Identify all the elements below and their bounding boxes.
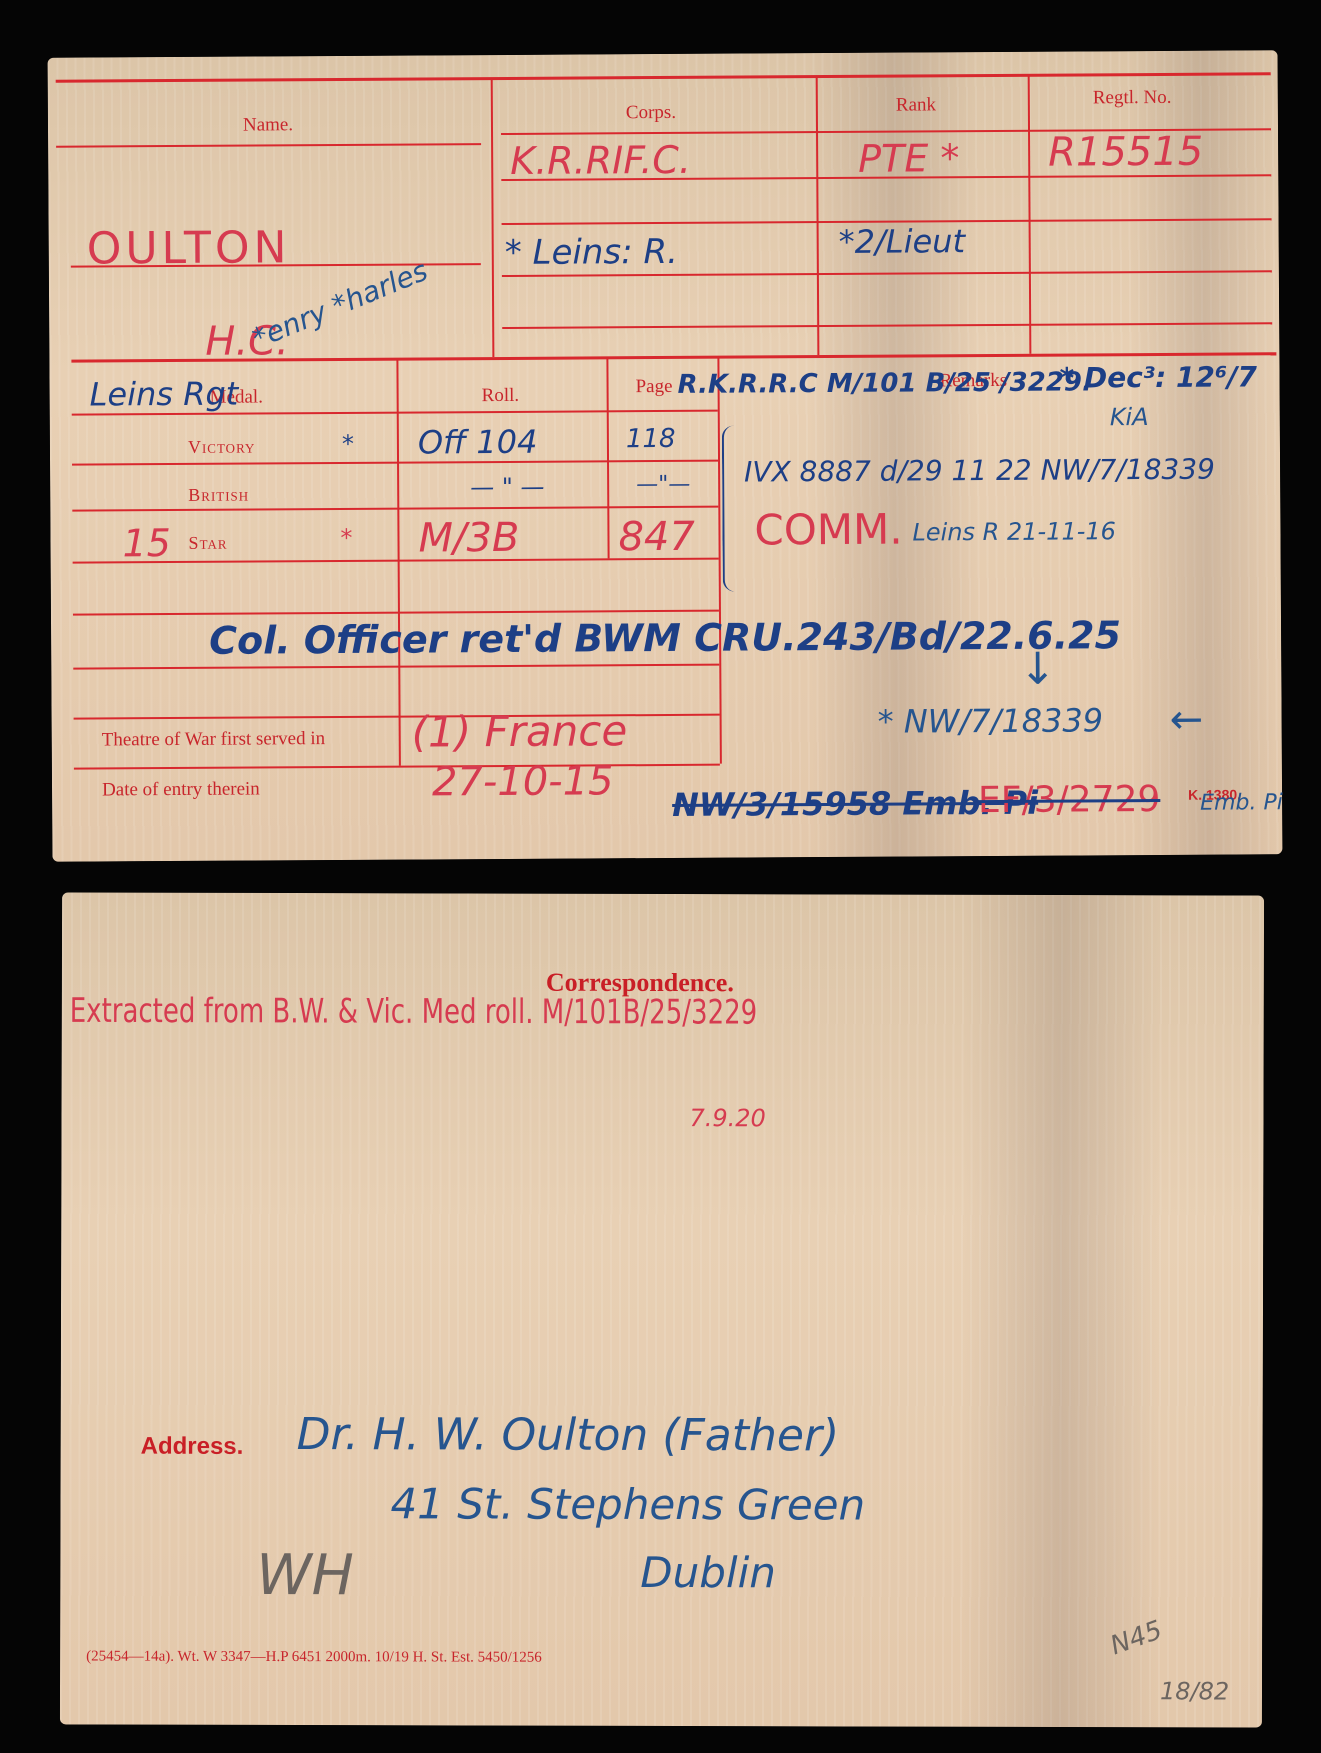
remarks-kia: KiA <box>1110 403 1149 431</box>
rank-regt-divider <box>1028 76 1032 354</box>
medal-british: British <box>188 485 249 506</box>
medal-roll-divider <box>396 360 400 766</box>
theatre-value: (1) France <box>412 706 628 756</box>
left-arrow-icon: ← <box>1169 697 1203 743</box>
rule <box>502 322 1272 329</box>
remarks-line-1: R.K.R.R.C M/101 B/25 /3229. <box>677 367 1091 400</box>
british-page: —"— <box>636 472 690 497</box>
remarks-brace <box>722 426 739 592</box>
page-label: Page <box>636 376 673 398</box>
medal-annotation: Leins Rgt <box>89 375 238 414</box>
rule <box>72 460 718 466</box>
nw-reference: * NW/7/18339 <box>878 701 1104 740</box>
date-note: 7.9.20 <box>689 1104 765 1132</box>
date-entry-value: 27-10-15 <box>432 758 614 805</box>
rank-entry-2: *2/Lieut <box>839 222 966 261</box>
theatre-label: Theatre of War first served in <box>102 728 326 751</box>
corps-label: Corps. <box>626 102 676 124</box>
rule <box>73 610 719 616</box>
print-line: (25454—14a). Wt. W 3347—H.P 6451 2000m. … <box>86 1648 542 1666</box>
remarks-comm-blue: Leins R 21-11-16 <box>912 517 1116 546</box>
star-roll: M/3B <box>418 515 519 562</box>
surname: OULTON <box>87 222 291 274</box>
remarks-comm-red: COMM. <box>754 505 903 555</box>
pencil-initials: WH <box>256 1543 354 1608</box>
corner-pencil-note-2: 18/82 <box>1160 1677 1229 1705</box>
medal-index-card-front: Name. Corps. Rank Regtl. No. Medal. Roll… <box>48 50 1283 861</box>
extract-note: Extracted from B.W. & Vic. Med roll. M/1… <box>70 992 758 1033</box>
name-label: Name. <box>243 114 293 136</box>
scan-shading <box>960 895 1162 1728</box>
medal-victory: Victory <box>188 437 256 458</box>
rank-label: Rank <box>896 94 936 116</box>
ef-reference: EF/3/2729 <box>978 779 1160 821</box>
roll-page-divider <box>606 358 609 558</box>
remarks-line-2: IVX 8887 d/29 11 22 NW/7/18339 <box>744 453 1215 489</box>
corps-entry-1: K.R.RIF.C. <box>510 138 691 183</box>
regt-no-label: Regtl. No. <box>1093 87 1172 109</box>
rank-entry-1: PTE * <box>858 136 959 181</box>
corps-entry-2: * Leins: R. <box>505 232 678 273</box>
down-arrow-icon: ↓ <box>1019 644 1056 695</box>
rule <box>73 664 719 670</box>
medal-index-card-back: Correspondence. Extracted from B.W. & Vi… <box>60 892 1264 1727</box>
address-line-1: Dr. H. W. Oulton (Father) <box>297 1409 840 1461</box>
rule <box>74 764 720 770</box>
star-prefix: 15 <box>122 521 171 565</box>
date-entry-label: Date of entry therein <box>102 778 260 801</box>
roll-label: Roll. <box>482 385 520 407</box>
emb-note: Emb. Pi <box>1200 790 1283 816</box>
corps-rank-divider <box>816 77 820 355</box>
medal-star: Star <box>188 533 227 554</box>
page-remarks-divider <box>717 358 721 764</box>
regt-no-entry: R15515 <box>1048 129 1203 176</box>
star-page: 847 <box>618 514 695 560</box>
victory-mark: * <box>342 430 354 458</box>
address-line-2: 41 St. Stephens Green <box>390 1479 865 1529</box>
address-label: Address. <box>141 1433 244 1461</box>
british-roll: — " — <box>470 473 544 501</box>
address-line-3: Dublin <box>640 1548 776 1597</box>
star-mark: * <box>340 524 352 552</box>
top-rule <box>56 72 1271 82</box>
corner-pencil-note-1: N45 <box>1107 1615 1167 1661</box>
col-officer-note: Col. Officer ret'd BWM CRU.243/Bd/22.6.2… <box>209 613 1121 663</box>
rule <box>72 506 718 512</box>
remarks-dec: * Dec³: 12⁶/7 <box>1059 360 1257 394</box>
name-corps-divider <box>491 79 495 357</box>
victory-roll: Off 104 <box>418 423 538 462</box>
rule <box>56 143 481 148</box>
victory-page: 118 <box>626 424 676 454</box>
